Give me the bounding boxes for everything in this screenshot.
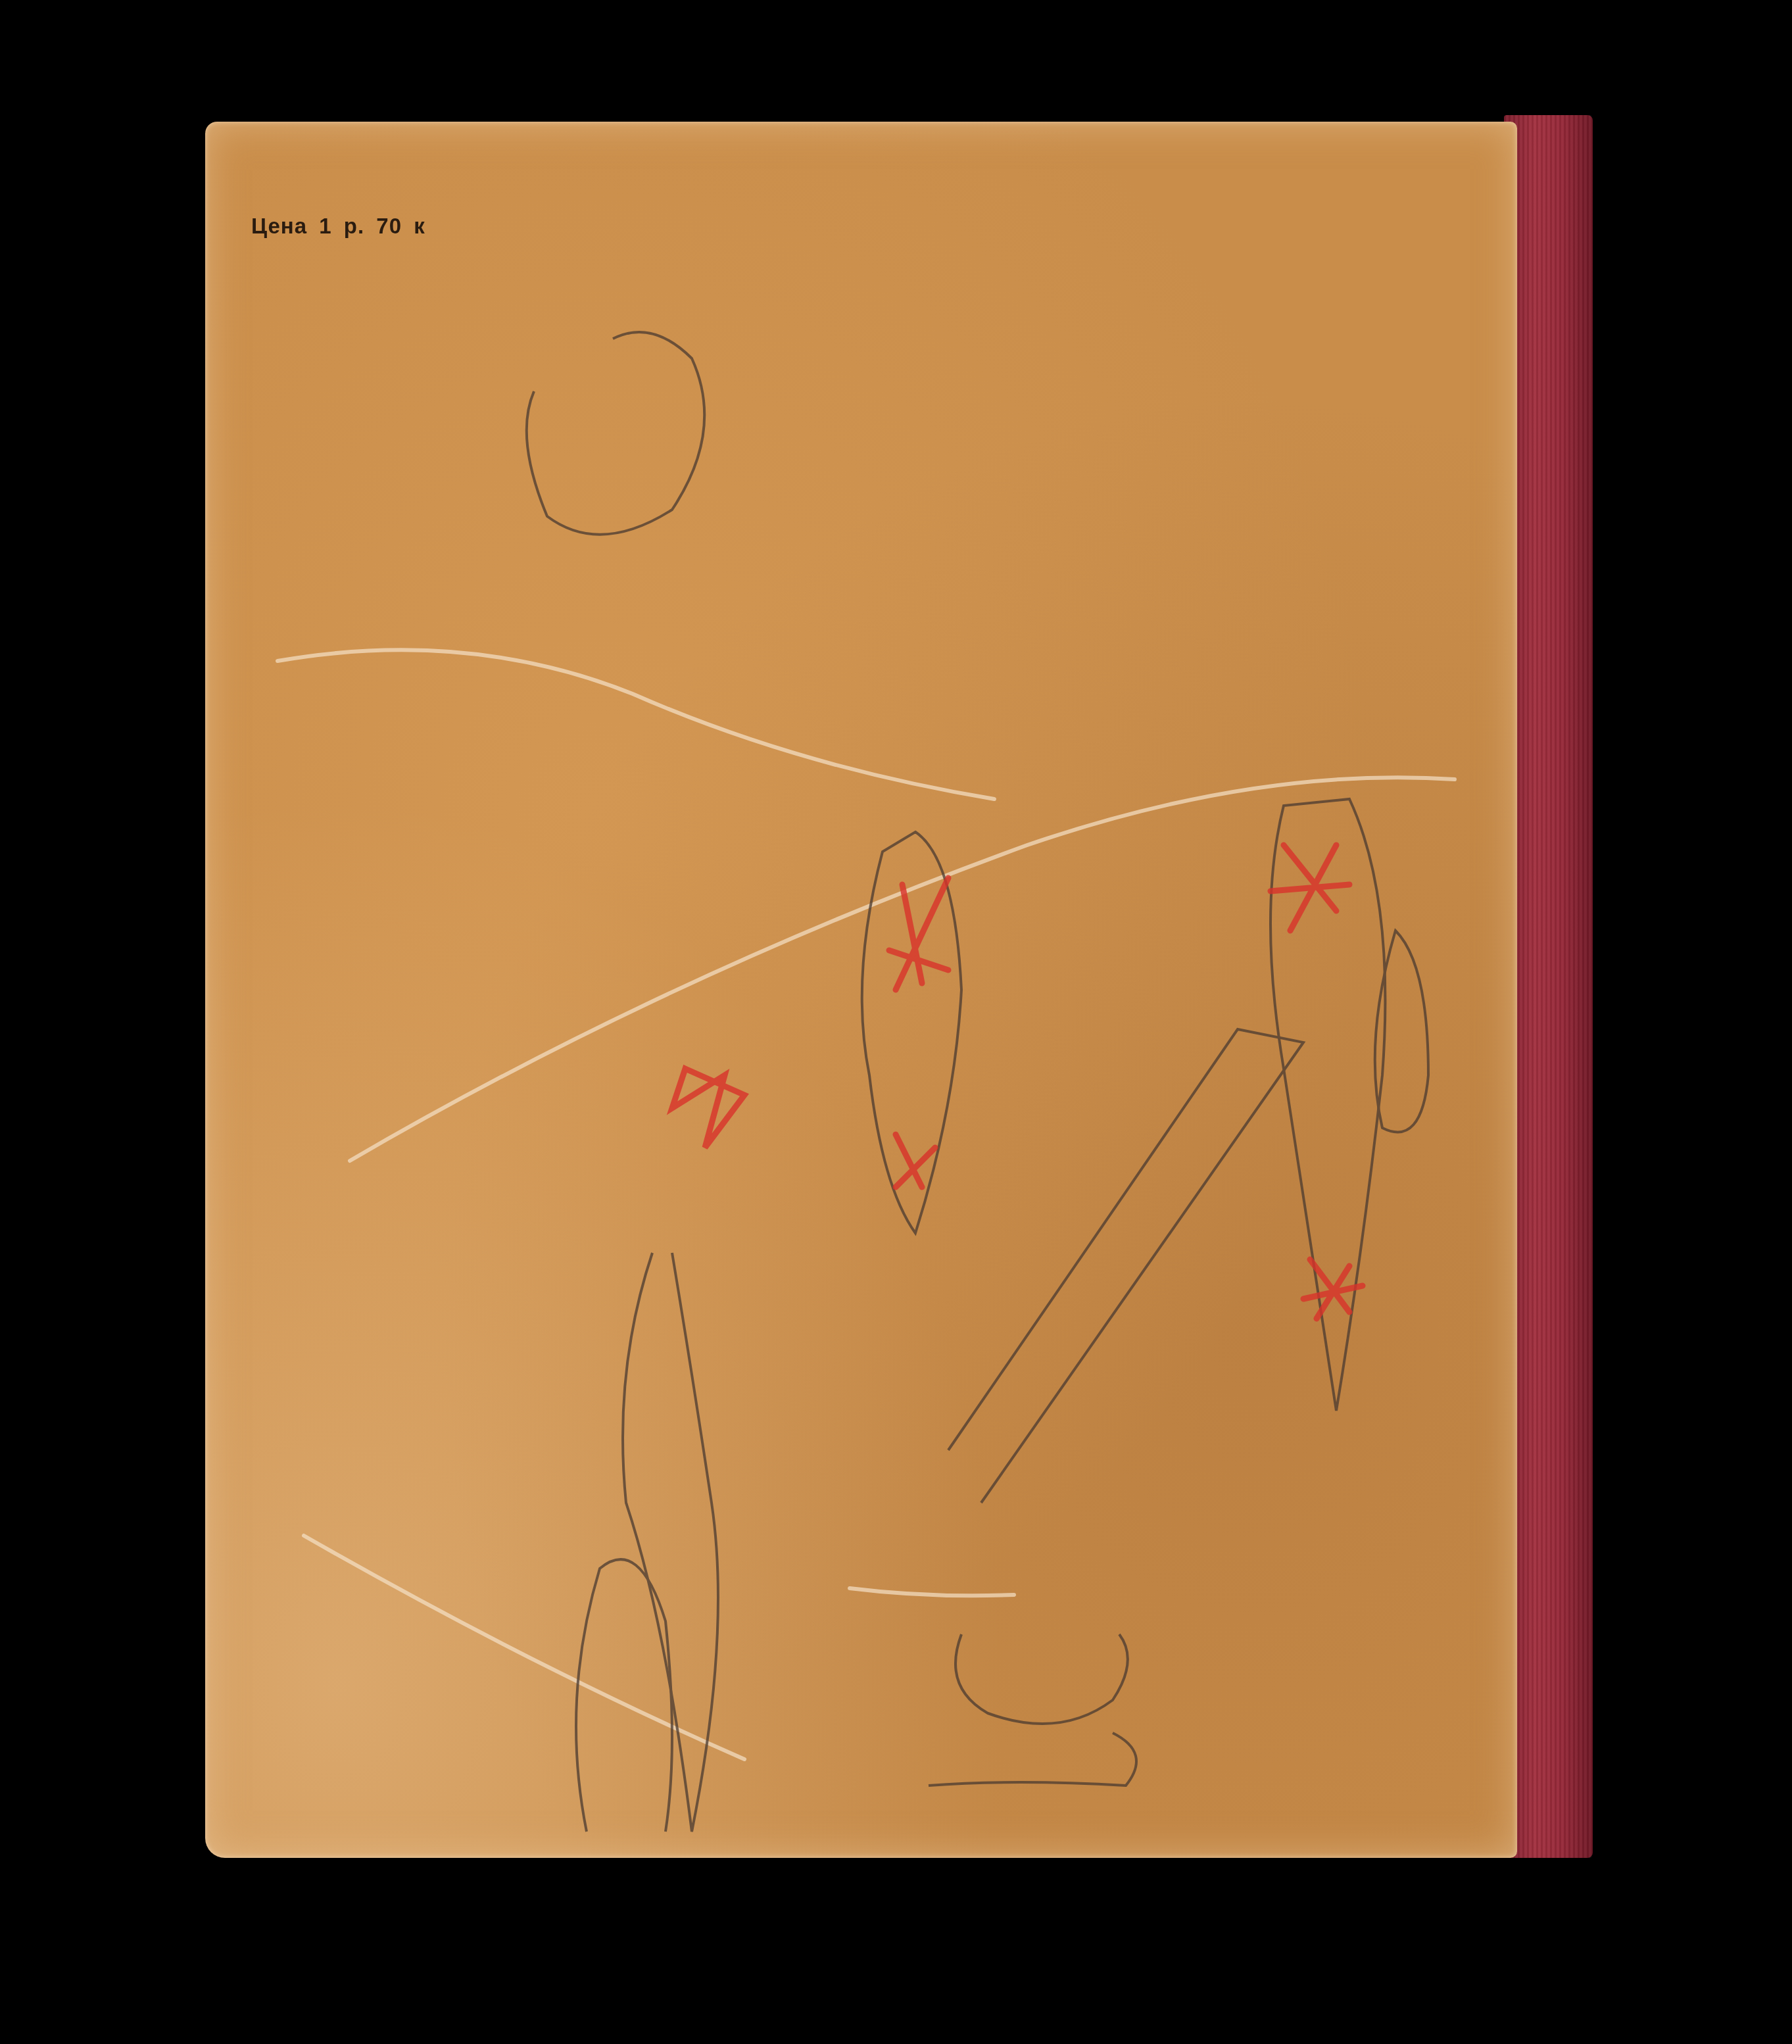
book: Цена 1 р. 70 к <box>205 115 1593 1864</box>
red-star-4 <box>1271 845 1349 931</box>
red-star-3 <box>896 1134 935 1187</box>
back-cover: Цена 1 р. 70 к <box>205 122 1517 1858</box>
red-star-1 <box>672 1069 744 1148</box>
red-star-5 <box>1303 1259 1363 1319</box>
doodles <box>205 122 1517 1858</box>
face-doodle-top <box>527 332 704 535</box>
book-spine <box>1504 115 1593 1858</box>
